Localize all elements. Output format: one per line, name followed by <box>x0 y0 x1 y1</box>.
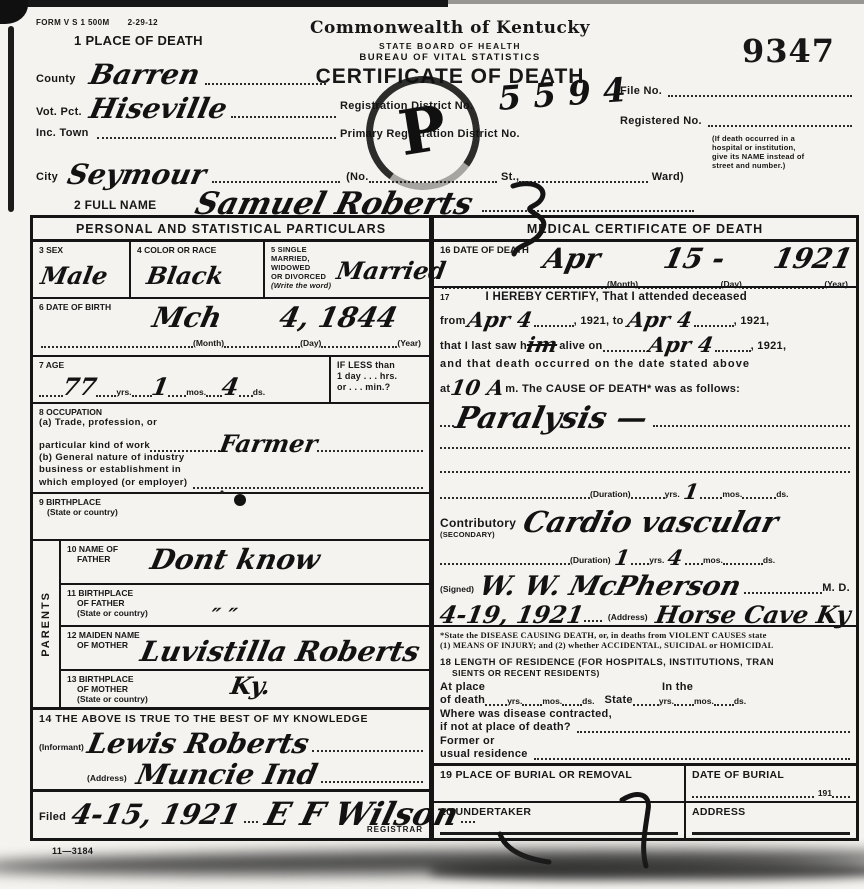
dotted-line <box>97 126 336 139</box>
state-label: State <box>604 694 632 706</box>
date-of-death-year: 1921 <box>770 242 855 275</box>
birthplace-cell: 9 BIRTHPLACE (State or country) <box>33 494 429 541</box>
county-value: Barren <box>86 58 202 91</box>
last-saw-label2: alive on <box>559 340 602 352</box>
mos-caption: mos. <box>542 696 562 706</box>
mother-birthplace-cell: 13 BIRTHPLACE OF MOTHER (State or countr… <box>61 671 429 707</box>
dotted-line <box>832 785 850 798</box>
yrs-caption: yrs. <box>659 696 674 706</box>
cause-intro: m. The CAUSE OF DEATH* was as follows: <box>505 383 740 395</box>
scan-artifact-corner-blob <box>0 0 28 24</box>
undertaker-address-label: ADDRESS <box>692 806 850 818</box>
father-birthplace-label: (State or country) <box>77 608 423 618</box>
duration-label: (Duration) <box>570 555 611 565</box>
signed-row: (Signed) W. W. McPherson M. D. <box>434 568 856 597</box>
certify-number: 17 <box>440 292 449 302</box>
occupation-a-line: (a) Trade, profession, or <box>39 417 423 429</box>
father-birthplace-value: ″ ″ <box>209 603 239 628</box>
former-label2: usual residence <box>440 748 528 760</box>
dotted-line <box>482 199 694 212</box>
marital-cell: 5 SINGLE MARRIED, WIDOWED OR DIVORCED (W… <box>265 242 429 297</box>
scan-artifact-top-strip-2 <box>448 0 864 4</box>
age-cell: 7 AGE 77 yrs. 1 mos. 4 ds. <box>33 357 331 402</box>
file-no-row: File No. <box>620 84 852 97</box>
day-caption: (Day) <box>300 338 321 348</box>
month-caption: (Month) <box>193 338 224 348</box>
full-name-label: 2 FULL NAME <box>74 198 156 212</box>
p-stamp-letter: P <box>394 90 451 169</box>
dotted-line <box>39 384 63 397</box>
burial-row: 19 PLACE OF BURIAL OR REMOVAL DATE OF BU… <box>434 763 856 801</box>
from-year: , 1921, to <box>574 315 624 327</box>
undertaker-cell: 20 UNDERTAKER <box>434 803 686 838</box>
city-row: City Seymour (No. St., Ward) <box>36 158 684 183</box>
from-label: from <box>440 315 466 327</box>
duration-primary-months: 1 <box>682 479 701 504</box>
at-place-label: At place <box>440 681 485 693</box>
contributory-label: Contributory <box>440 516 516 530</box>
medical-certificate-box: MEDICAL CERTIFICATE OF DEATH 16 DATE OF … <box>432 215 859 841</box>
to-year: , 1921, <box>734 315 770 327</box>
dotted-line <box>668 84 852 97</box>
physician-address-label: (Address) <box>608 612 648 622</box>
precinct-row: Vot. Pct. Hiseville <box>36 92 336 118</box>
md-label: M. D. <box>822 582 850 594</box>
registered-no-label: Registered No. <box>620 115 702 127</box>
inc-town-row: Inc. Town <box>36 126 336 139</box>
age-label: 7 AGE <box>39 360 323 370</box>
dotted-line <box>440 552 570 565</box>
dotted-line <box>692 785 814 798</box>
dotted-line <box>653 414 850 427</box>
yrs-caption: yrs. <box>649 555 664 565</box>
dotted-line <box>312 739 423 752</box>
filed-cell: Filed 4-15, 1921 E F Wilson REGISTRAR <box>33 789 429 838</box>
undertaker-row: 20 UNDERTAKER ADDRESS <box>434 801 856 838</box>
ds-caption: ds. <box>582 696 594 706</box>
commonwealth-title: Commonwealth of Kentucky <box>290 18 610 38</box>
sex-race-marital-row: 3 SEX Male 4 COLOR OR RACE Black 5 SINGL… <box>33 242 429 299</box>
in-the-label: In the <box>662 681 693 693</box>
state-or-country-caption: (State or country) <box>47 507 423 517</box>
sex-value: Male <box>38 261 125 290</box>
if-less-line: or . . . min.? <box>337 382 423 393</box>
residence-cell: 18 LENGTH OF RESIDENCE (FOR HOSPITALS, I… <box>434 654 856 764</box>
occupation-b-line: business or establishment in <box>39 464 423 476</box>
dotted-line <box>631 486 665 499</box>
medical-section-title: MEDICAL CERTIFICATE OF DEATH <box>434 218 856 242</box>
city-label: City <box>36 171 58 183</box>
informant-value: Lewis Roberts <box>84 727 312 760</box>
signed-date-address-row: 4-19, 1921 (Address) Horse Cave Ky <box>434 597 856 625</box>
contributory-value: Cardio vascular <box>520 505 782 539</box>
full-name-row: 2 FULL NAME Samuel Roberts <box>74 186 694 212</box>
parents-block: PARENTS 10 NAME OF FATHER Dont know 11 B… <box>33 541 429 710</box>
street-label: St., <box>501 171 519 183</box>
sex-label: 3 SEX <box>39 245 123 255</box>
ds-caption: ds. <box>253 387 265 397</box>
occupation-b-line: which employed (or employer) <box>39 477 187 489</box>
footnote-line: *State the DISEASE CAUSING DEATH, or, in… <box>440 630 850 640</box>
county-label: County <box>36 73 76 85</box>
dotted-line <box>603 339 649 352</box>
sex-cell: 3 SEX Male <box>33 242 131 297</box>
county-row: County Barren <box>36 58 326 85</box>
place-of-death-heading: 1 PLACE OF DEATH <box>74 33 203 48</box>
signature-line <box>692 832 850 835</box>
dotted-line <box>723 552 763 565</box>
hospital-note-line: street and number.) <box>712 161 854 170</box>
father-name-value: Dont know <box>147 543 323 576</box>
dotted-line <box>534 747 850 760</box>
dotted-line <box>631 552 649 565</box>
form-id-line: FORM V S 1 500M 2-29-12 <box>36 18 158 28</box>
dotted-line <box>132 384 152 397</box>
dotted-line <box>440 414 454 427</box>
state-board-subtitle: STATE BOARD OF HEALTH <box>290 41 610 51</box>
dotted-line <box>700 486 722 499</box>
father-birthplace-cell: 11 BIRTHPLACE OF FATHER (State or countr… <box>61 585 429 627</box>
if-less-cell: IF LESS than 1 day . . . hrs. or . . . m… <box>331 357 429 402</box>
ds-caption: ds. <box>734 696 746 706</box>
dotted-line <box>212 170 340 183</box>
dob-cell: 6 DATE OF BIRTH Mch 4, 1844 (Month) (Day… <box>33 299 429 357</box>
scan-artifact-top-strip <box>0 0 448 7</box>
certification-cell: 17 I HEREBY CERTIFY, That I attended dec… <box>434 286 856 398</box>
dotted-line <box>205 72 326 85</box>
yrs-caption: yrs. <box>507 696 522 706</box>
if-less-line: 1 day . . . hrs. <box>337 371 423 382</box>
dotted-line <box>577 720 850 733</box>
hospital-note-line: hospital or institution, <box>712 143 854 152</box>
former-label: Former or <box>440 735 850 747</box>
form-number: FORM V S 1 500M <box>36 18 110 28</box>
dotted-line <box>715 339 751 352</box>
race-cell: 4 COLOR OR RACE Black <box>131 242 265 297</box>
mother-name-cell: 12 MAIDEN NAME OF MOTHER Luvistilla Robe… <box>61 627 429 671</box>
year-caption: (Year) <box>397 338 421 348</box>
burial-date-label: DATE OF BURIAL <box>692 769 850 781</box>
dotted-line <box>96 384 116 397</box>
occupation-a-line: particular kind of work <box>39 440 150 452</box>
signature-line <box>440 832 678 835</box>
dotted-line <box>41 335 193 348</box>
last-saw-date: Apr 4 <box>646 332 714 357</box>
ds-caption: ds. <box>776 489 788 499</box>
filed-label: Filed <box>39 811 66 823</box>
inc-town-label: Inc. Town <box>36 127 89 139</box>
precinct-value: Hiseville <box>86 92 230 125</box>
if-less-line: IF LESS than <box>337 360 423 371</box>
duration-secondary-months: 4 <box>666 545 685 570</box>
dotted-line <box>519 170 647 183</box>
file-no-label: File No. <box>620 85 662 97</box>
contracted-label2: if not at place of death? <box>440 721 571 733</box>
marital-label-line: 5 SINGLE <box>271 245 423 254</box>
race-value: Black <box>144 261 259 290</box>
duration-secondary-row: (Duration) 1 yrs. 4 mos. ds. <box>434 542 856 568</box>
of-death-label: of death <box>440 694 485 706</box>
attended-to-date: Apr 4 <box>625 307 693 332</box>
parents-sidebar: PARENTS <box>33 541 61 707</box>
time-of-death: 10 A <box>449 375 506 400</box>
dotted-line <box>714 693 734 706</box>
form-date: 2-29-12 <box>128 18 158 28</box>
occupation-label: 8 OCCUPATION <box>39 407 423 417</box>
birthplace-label: 9 BIRTHPLACE <box>39 497 423 507</box>
dotted-line <box>224 335 300 348</box>
dotted-line <box>742 486 776 499</box>
cause-of-death-cell: Paralysis — <box>434 398 856 476</box>
father-birthplace-label: OF FATHER <box>77 598 423 608</box>
undertaker-label: 20 UNDERTAKER <box>440 806 678 818</box>
certificate-number: 9347 <box>742 32 835 70</box>
attestation-label: 14 THE ABOVE IS TRUE TO THE BEST OF MY K… <box>39 713 423 725</box>
dotted-line <box>485 693 507 706</box>
burial-place-label: 19 PLACE OF BURIAL OR REMOVAL <box>440 769 678 781</box>
dotted-line <box>239 384 253 397</box>
dotted-line <box>522 693 542 706</box>
ward-label: Ward) <box>652 171 684 183</box>
duration-label: (Duration) <box>590 489 631 499</box>
bureau-subtitle: BUREAU OF VITAL STATISTICS <box>290 52 610 63</box>
yrs-caption: yrs. <box>116 387 131 397</box>
dotted-line <box>440 447 850 449</box>
burial-date-year: 191 <box>818 788 832 798</box>
dotted-line <box>562 693 582 706</box>
dotted-line <box>685 552 703 565</box>
mother-name-value: Luvistilla Roberts <box>137 635 422 668</box>
footnote-line: (1) MEANS OF INJURY; and (2) whether ACC… <box>440 640 850 650</box>
mos-caption: mos. <box>694 696 714 706</box>
burial-place-cell: 19 PLACE OF BURIAL OR REMOVAL <box>434 766 686 801</box>
hospital-note-line: give its NAME instead of <box>712 152 854 161</box>
dotted-line <box>744 581 822 594</box>
duration-primary-row: (Duration) yrs. 1 mos. ds. <box>434 476 856 502</box>
dotted-line <box>168 384 186 397</box>
dotted-line <box>317 439 423 452</box>
hospital-note: (If death occurred in a hospital or inst… <box>712 134 854 170</box>
date-of-death-month: Apr <box>540 242 603 275</box>
registered-no-row: Registered No. <box>620 114 852 127</box>
registration-district-value: 5594 <box>497 69 639 118</box>
dotted-line <box>150 439 220 452</box>
attended-from-date: Apr 4 <box>465 307 533 332</box>
scan-artifact-bottom-smudge-2 <box>430 862 864 880</box>
last-saw-year: , 1921, <box>751 340 787 352</box>
burial-date-cell: DATE OF BURIAL 191 <box>686 766 856 801</box>
attestation-cell: 14 THE ABOVE IS TRUE TO THE BEST OF MY K… <box>33 710 429 789</box>
dotted-line <box>534 314 574 327</box>
dotted-line <box>193 476 423 489</box>
informant-address-label: (Address) <box>87 773 127 783</box>
mos-caption: mos. <box>703 555 723 565</box>
parents-label: PARENTS <box>40 591 52 657</box>
occupation-value: Farmer <box>218 429 320 458</box>
scan-artifact-left-bar <box>8 26 14 212</box>
ds-caption: ds. <box>763 555 775 565</box>
dotted-line <box>321 335 397 348</box>
precinct-label: Vot. Pct. <box>36 106 82 118</box>
dotted-line <box>231 105 336 118</box>
personal-particulars-box: PERSONAL AND STATISTICAL PARTICULARS 3 S… <box>30 215 432 841</box>
certify-heading: I HEREBY CERTIFY, That I attended deceas… <box>485 291 747 303</box>
form-code: 11—3184 <box>52 846 93 857</box>
occurred-label: and that death occurred on the date stat… <box>440 358 850 370</box>
last-saw-strike: im <box>525 332 560 357</box>
race-label: 4 COLOR OR RACE <box>137 245 257 255</box>
street-no-label: (No. <box>346 171 369 183</box>
mos-caption: mos. <box>186 387 206 397</box>
dotted-line <box>633 693 659 706</box>
contributory-cell: Contributory Cardio vascular (SECONDARY) <box>434 502 856 542</box>
residence-title2: SIENTS OR RECENT RESIDENTS) <box>452 668 850 679</box>
date-of-death-day: 15 - <box>660 242 727 275</box>
informant-label: (Informant) <box>39 742 84 752</box>
filed-date: 4-15, 1921 <box>69 798 244 831</box>
footnote-cell: *State the DISEASE CAUSING DEATH, or, in… <box>434 625 856 653</box>
dotted-line <box>708 114 852 127</box>
signed-label: (Signed) <box>440 584 474 594</box>
residence-title: 18 LENGTH OF RESIDENCE (FOR HOSPITALS, I… <box>440 657 850 669</box>
duration-secondary-years: 1 <box>612 545 631 570</box>
dotted-line <box>440 471 850 473</box>
contracted-label: Where was disease contracted, <box>440 708 850 720</box>
occupation-cell: 8 OCCUPATION (a) Trade, profession, or p… <box>33 404 429 494</box>
dotted-line <box>584 609 602 622</box>
cause-of-death-value: Paralysis — <box>452 401 650 436</box>
date-of-death-cell: 16 DATE OF DEATH Apr 15 - 1921 (Month) (… <box>434 242 856 286</box>
death-certificate-scan: FORM V S 1 500M 2-29-12 1 PLACE OF DEATH… <box>0 0 864 889</box>
dotted-line <box>244 810 258 823</box>
undertaker-address-cell: ADDRESS <box>686 803 856 838</box>
dotted-line <box>321 770 423 783</box>
dotted-line <box>674 693 694 706</box>
dotted-line <box>694 314 734 327</box>
age-years: 77 <box>60 372 99 401</box>
age-row: 7 AGE 77 yrs. 1 mos. 4 ds. IF LESS <box>33 357 429 404</box>
last-saw-label: that I last saw h <box>440 340 527 352</box>
father-birthplace-label: 11 BIRTHPLACE <box>67 588 423 598</box>
hospital-note-line: (If death occurred in a <box>712 134 854 143</box>
yrs-caption: yrs. <box>665 489 680 499</box>
mos-caption: mos. <box>722 489 742 499</box>
mother-birthplace-value: Ky. <box>228 671 272 700</box>
dob-value: Mch 4, 1844 <box>149 301 400 334</box>
informant-address-value: Muncie Ind <box>133 758 320 791</box>
father-name-cell: 10 NAME OF FATHER Dont know <box>61 541 429 585</box>
personal-section-title: PERSONAL AND STATISTICAL PARTICULARS <box>33 218 429 242</box>
dotted-line <box>440 486 590 499</box>
